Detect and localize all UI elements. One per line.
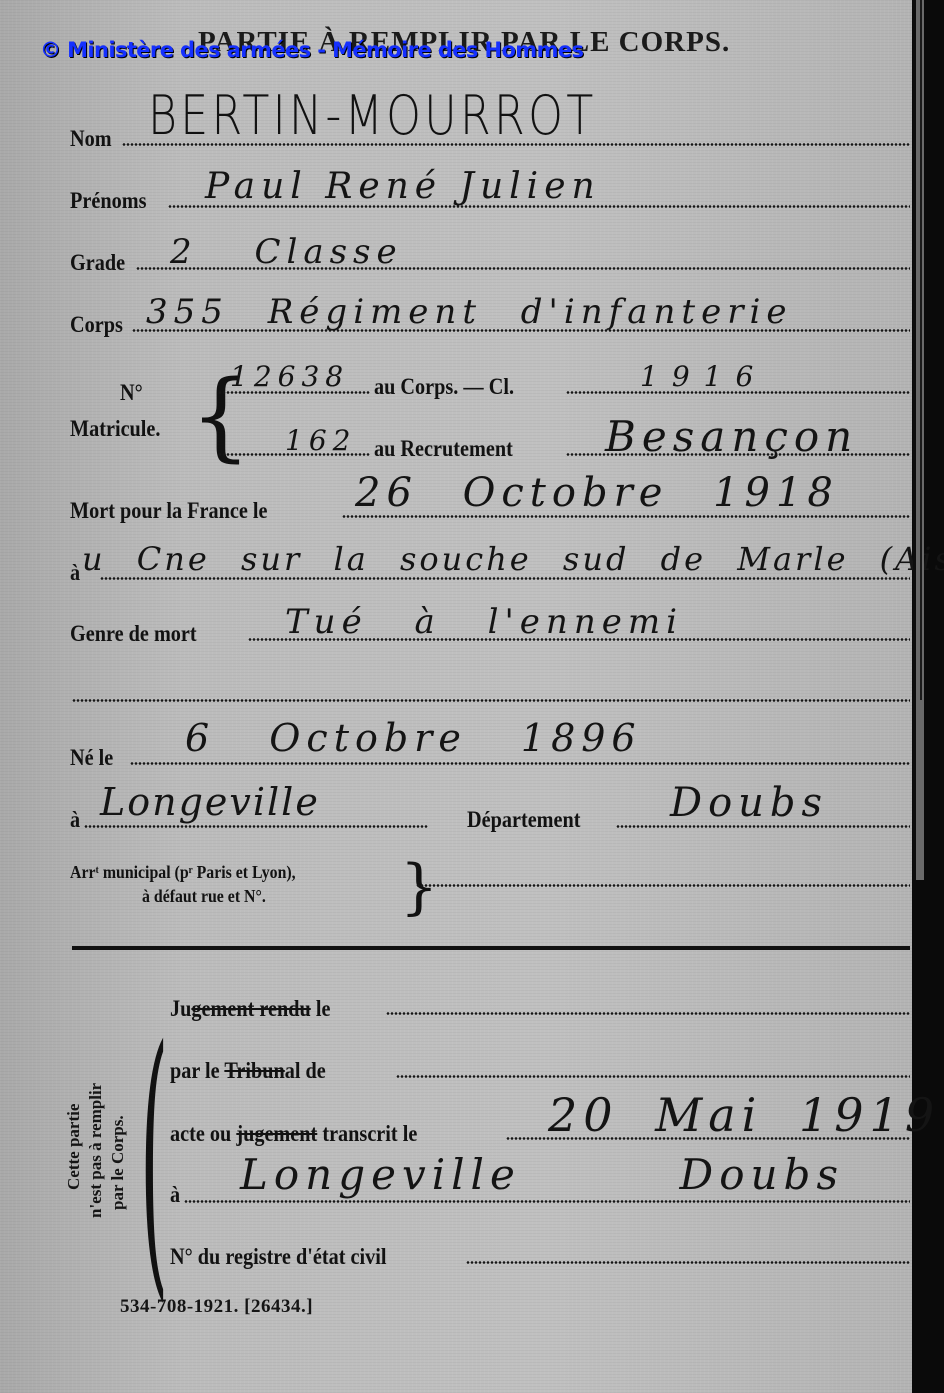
jugement-label: Jugement rendu le: [170, 996, 330, 1022]
prenoms-label: Prénoms: [70, 188, 146, 214]
transcrit-lieu-label: à: [170, 1182, 180, 1208]
transcrit-value: 20 Mai 1919: [548, 1088, 940, 1142]
mort-le-value: 26 Octobre 1918: [355, 470, 839, 516]
nom-label: Nom: [70, 126, 112, 152]
ne-a-dotted-line: [84, 825, 428, 828]
tribunal-dotted-line: [396, 1075, 910, 1078]
classe-value: 1916: [640, 360, 767, 393]
tribunal-label: par le Tribunal de: [170, 1058, 326, 1084]
arrondissement-dotted-line: [416, 884, 910, 887]
matricule-label-no: N°: [120, 380, 143, 406]
form-reference-code: 534-708-1921. [26434.]: [120, 1296, 313, 1318]
departement-label: Département: [467, 807, 581, 833]
ne-le-label: Né le: [70, 745, 113, 771]
ne-le-value: 6 Octobre 1896: [185, 716, 642, 760]
side-note-line1: Cette partie: [64, 1104, 84, 1190]
nom-value: BERTIN-MOURROT: [148, 84, 597, 147]
copyright-watermark: © Ministère des armées - Mémoire des Hom…: [40, 38, 583, 62]
ne-a-value: Longeville: [100, 780, 320, 824]
arrondissement-label-line1: Arrᵗ municipal (pʳ Paris et Lyon),: [70, 862, 296, 883]
arrondissement-label-line2: à défaut rue et N°.: [142, 886, 266, 907]
ne-a-label: à: [70, 807, 80, 833]
grade-value: 2 Classe: [170, 232, 403, 272]
matricule-corps-number: 12638: [230, 360, 349, 393]
genre-de-mort-label: Genre de mort: [70, 621, 197, 647]
mort-a-value: u Cne sur la souche sud de Marle (Aisne): [82, 540, 944, 578]
transcrit-lieu-value: Longeville Doubs: [240, 1150, 844, 1199]
matricule-recrutement-number: 162: [285, 424, 356, 457]
scan-edge-rule-inner: [920, 0, 922, 700]
section-divider: [72, 946, 910, 950]
civil-section-side-note: Cette partie n'est pas à remplir par le …: [60, 1040, 150, 1220]
side-note-line2: n'est pas à remplir: [86, 1083, 106, 1218]
matricule-label: Matricule.: [70, 416, 160, 442]
mort-le-label: Mort pour la France le: [70, 498, 267, 524]
arrondissement-brace: }: [400, 852, 438, 922]
transcrit-label: acte ou jugement transcrit le: [170, 1121, 417, 1147]
recrutement-label: au Recrutement: [374, 436, 513, 462]
prenoms-value: Paul René Julien: [205, 166, 601, 207]
registre-label: N° du registre d'état civil: [170, 1244, 386, 1270]
registre-dotted-line: [466, 1261, 910, 1264]
side-note-line3: par le Corps.: [108, 1115, 128, 1210]
recrutement-value: Besançon: [605, 412, 858, 461]
genre-de-mort-value: Tué à l'ennemi: [285, 602, 683, 642]
corps-value: 355 Régiment d'infanterie: [146, 292, 792, 332]
grade-label: Grade: [70, 250, 125, 276]
scan-edge-rule: [913, 0, 916, 880]
matricule-corps-label: au Corps. — Cl.: [374, 374, 514, 400]
departement-value: Doubs: [670, 780, 828, 826]
mort-a-label: à: [70, 560, 80, 586]
corps-label: Corps: [70, 312, 123, 338]
death-record-card: © Ministère des armées - Mémoire des Hom…: [0, 0, 912, 1393]
jugement-dotted-line: [386, 1012, 910, 1015]
civil-section-brace: (: [140, 990, 168, 1327]
blank-dotted-line: [72, 699, 910, 702]
ne-le-dotted-line: [130, 762, 910, 765]
transcrit-lieu-dotted-line: [184, 1200, 910, 1203]
